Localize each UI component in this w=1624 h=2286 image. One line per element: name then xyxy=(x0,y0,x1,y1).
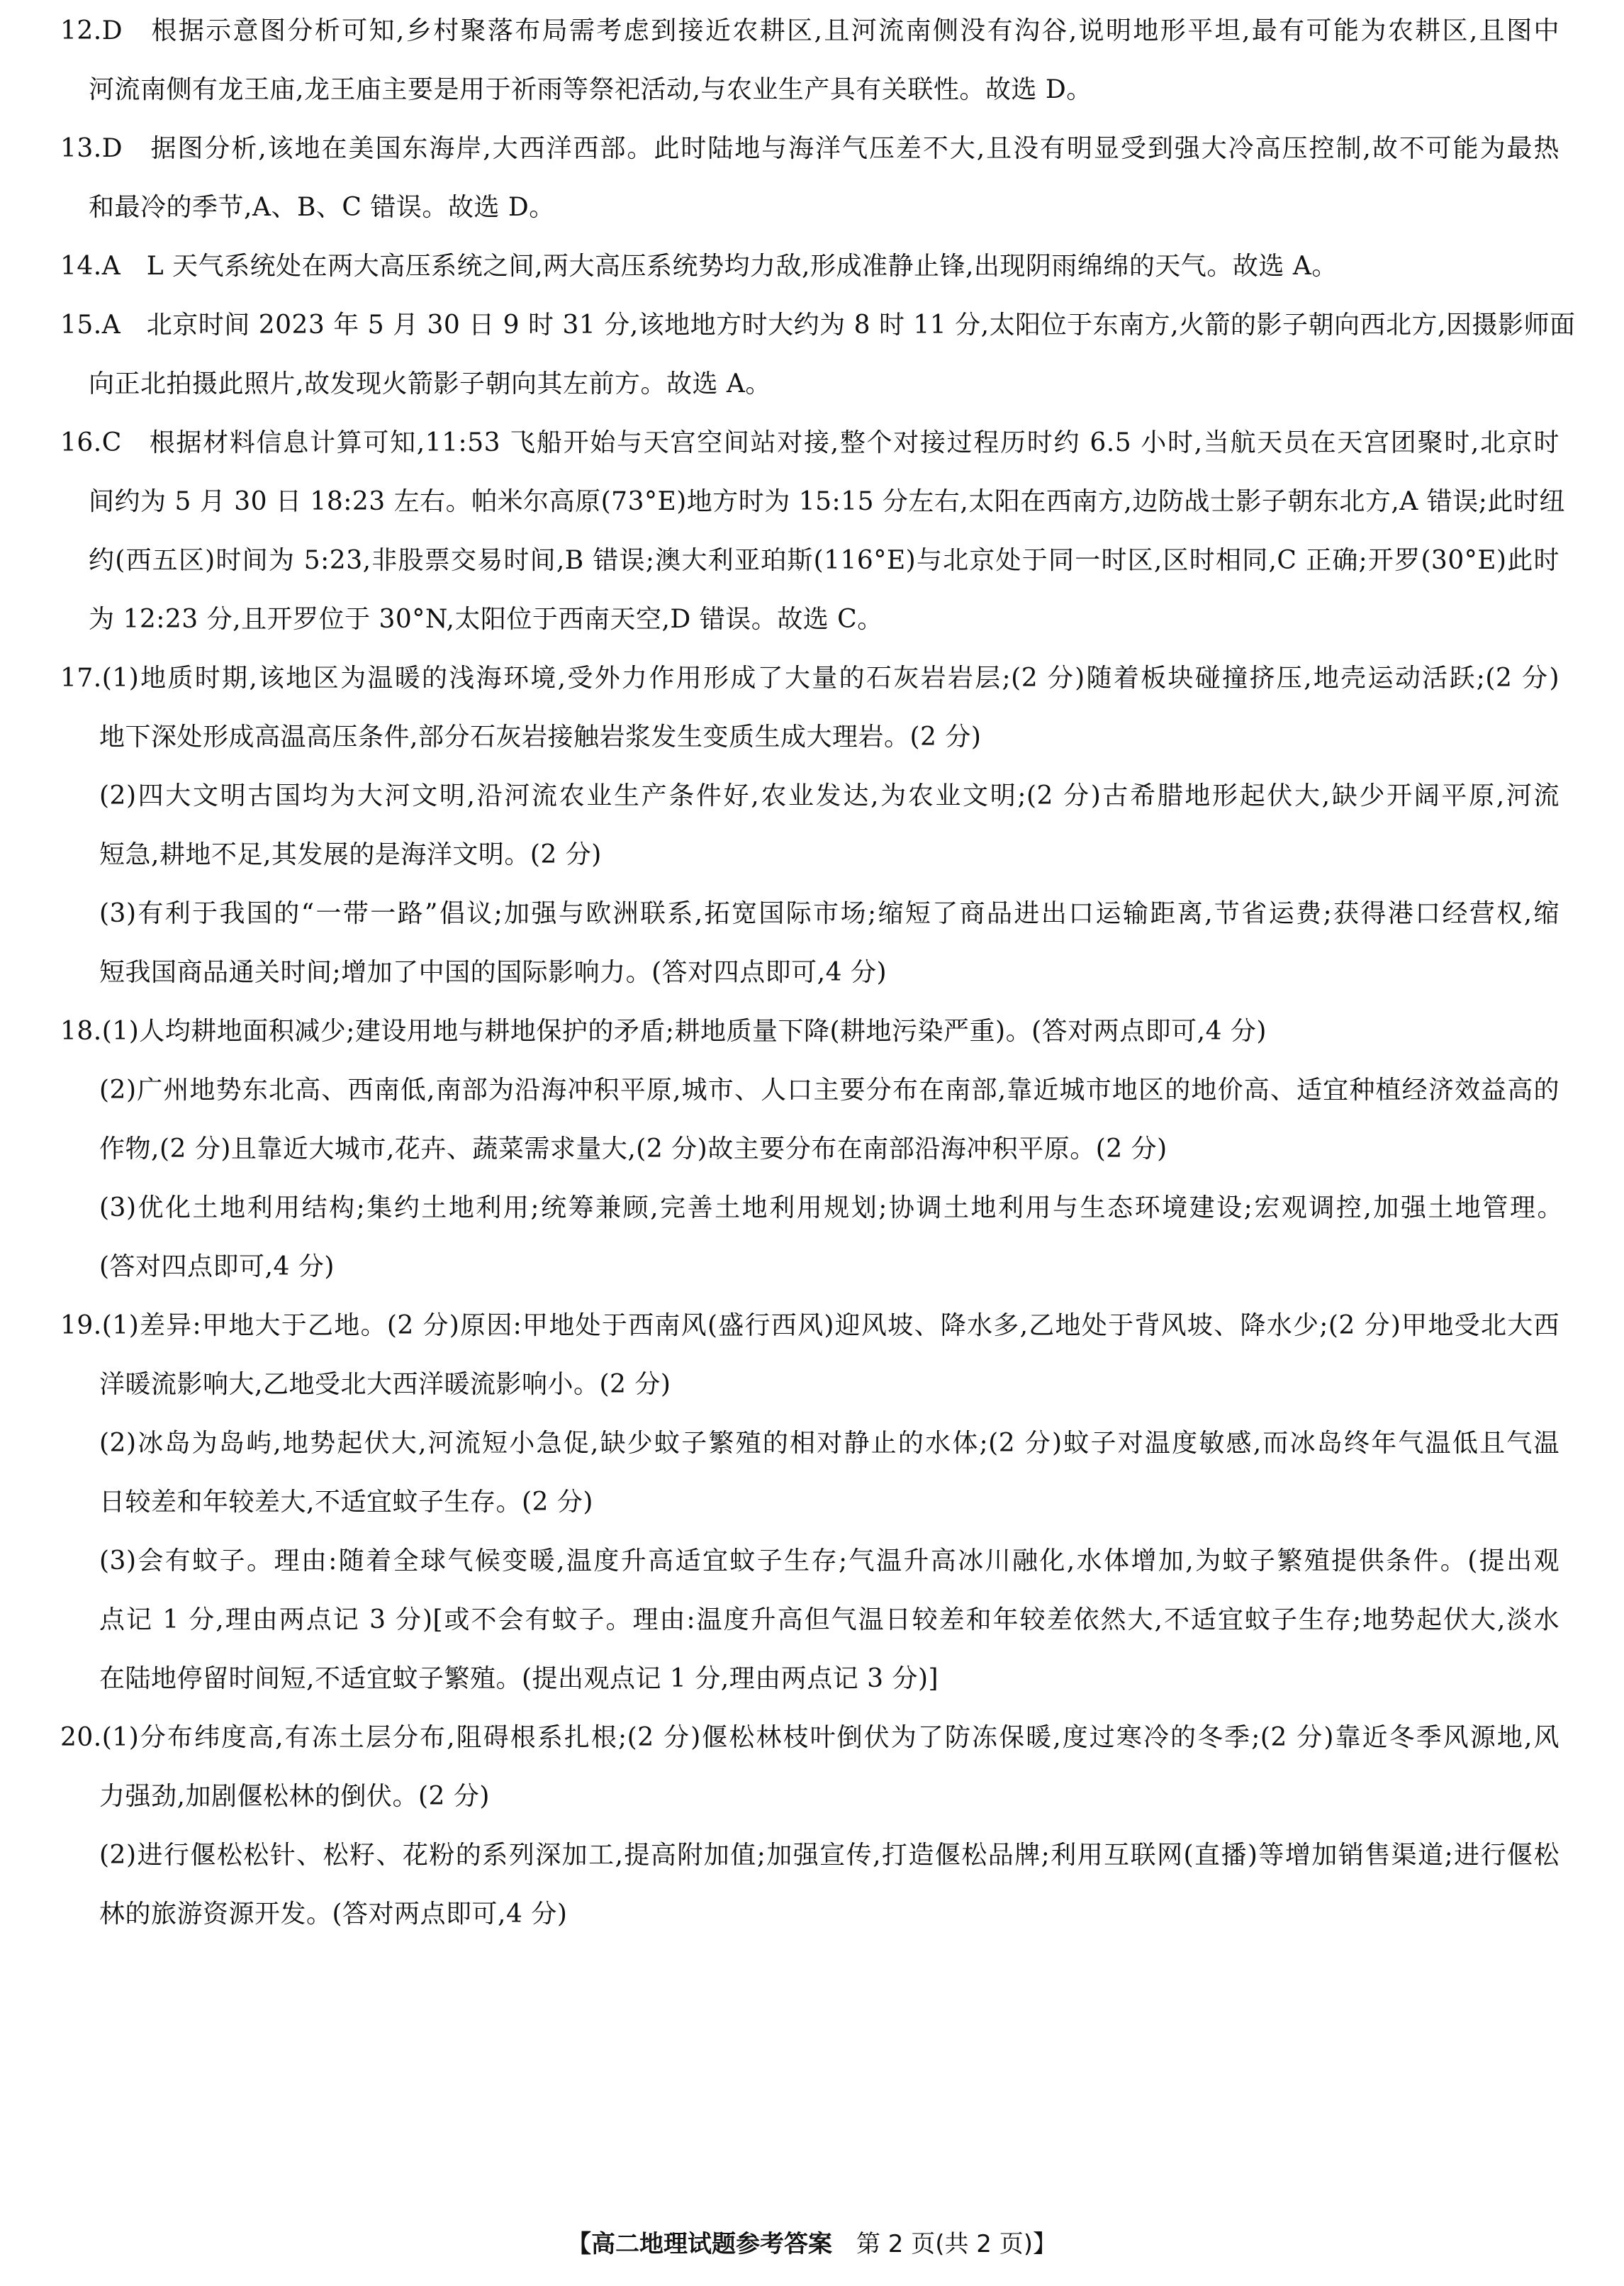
text-line: 在陆地停留时间短,不适宜蚊子繁殖。(提出观点记 1 分,理由两点记 3 分)] xyxy=(99,1658,914,1700)
text-line: (2)四大文明古国均为大河文明,沿河流农业生产条件好,农业发达,为农业文明;(2… xyxy=(99,775,1559,818)
text-line: (2)进行偃松松针、松籽、花粉的系列深加工,提高附加值;加强宣传,打造偃松品牌;… xyxy=(99,1834,1559,1877)
text-line: 力强劲,加剧偃松林的倒伏。(2 分) xyxy=(99,1775,510,1818)
text-line: (3)优化土地利用结构;集约土地利用;统筹兼顾,完善土地利用规划;协调土地利用与… xyxy=(99,1187,1563,1230)
text-line: 洋暖流影响大,乙地受北大西洋暖流影响小。(2 分) xyxy=(99,1364,673,1406)
text-line: 短我国商品通关时间;增加了中国的国际影响力。(答对四点即可,4 分) xyxy=(99,952,918,994)
text-line: 地下深处形成高温高压条件,部分石灰岩接触岩浆发生变质生成大理岩。(2 分) xyxy=(99,716,890,759)
text-line: 15.A 北京时间 2023 年 5 月 30 日 9 时 31 分,该地地方时… xyxy=(60,304,1559,347)
text-line: 12.D 根据示意图分析可知,乡村聚落布局需考虑到接近农耕区,且河流南侧没有沟谷… xyxy=(60,10,1559,52)
text-line: 13.D 据图分析,该地在美国东海岸,大西洋西部。此时陆地与海洋气压差不大,且没… xyxy=(60,128,1559,170)
text-line: 向正北拍摄此照片,故发现火箭影子朝向其左前方。故选 A。 xyxy=(89,363,744,406)
text-line: 作物,(2 分)且靠近大城市,花卉、蔬菜需求量大,(2 分)故主要分布在南部沿海… xyxy=(99,1128,971,1171)
text-line: (答对四点即可,4 分) xyxy=(99,1246,354,1288)
text-line: 和最冷的季节,A、B、C 错误。故选 D。 xyxy=(89,186,517,229)
text-line: 18.(1)人均耕地面积减少;建设用地与耕地保护的矛盾;耕地质量下降(耕地污染严… xyxy=(60,1010,1014,1053)
text-line: 河流南侧有龙王庙,龙王庙主要是用于祈雨等祭祀活动,与农业生产具有关联性。故选 D… xyxy=(89,69,808,111)
text-line: 林的旅游资源开发。(答对两点即可,4 分) xyxy=(99,1893,585,1936)
text-line: 为 12:23 分,且开罗位于 30°N,太阳位于西南天空,D 错误。故选 C。 xyxy=(89,598,840,641)
footer-page-number: 第 2 页(共 2 页)】 xyxy=(856,2230,1057,2258)
footer-title: 【高二地理试题参考答案 xyxy=(567,2230,832,2258)
text-line: 20.(1)分布纬度高,有冻土层分布,阻碍根系扎根;(2 分)偃松林枝叶倒伏为了… xyxy=(60,1717,1559,1759)
page-footer: 【高二地理试题参考答案 第 2 页(共 2 页)】 xyxy=(0,2226,1624,2262)
text-line: (2)冰岛为岛屿,地势起伏大,河流短小急促,缺少蚊子繁殖的相对静止的水体;(2 … xyxy=(99,1422,1559,1465)
text-line: 约(西五区)时间为 5:23,非股票交易时间,B 错误;澳大利亚珀斯(116°E… xyxy=(89,540,1559,582)
text-line: 17.(1)地质时期,该地区为温暖的浅海环境,受外力作用形成了大量的石灰岩岩层;… xyxy=(60,657,1559,700)
text-line: 16.C 根据材料信息计算可知,11:53 飞船开始与天宫空间站对接,整个对接过… xyxy=(60,422,1559,464)
text-line: (3)有利于我国的“一带一路”倡议;加强与欧洲联系,拓宽国际市场;缩短了商品进出… xyxy=(99,893,1559,935)
text-line: (3)会有蚊子。理由:随着全球气候变暖,温度升高适宜蚊子生存;气温升高冰川融化,… xyxy=(99,1540,1559,1583)
text-line: 14.A L 天气系统处在两大高压系统之间,两大高压系统势均力敌,形成准静止锋,… xyxy=(60,245,1053,288)
answer-key-page: 12.D 根据示意图分析可知,乡村聚落布局需考虑到接近农耕区,且河流南侧没有沟谷… xyxy=(0,0,1624,2286)
text-line: 19.(1)差异:甲地大于乙地。(2 分)原因:甲地处于西南风(盛行西风)迎风坡… xyxy=(60,1305,1559,1347)
text-line: 日较差和年较差大,不适宜蚊子生存。(2 分) xyxy=(99,1481,606,1524)
text-line: 短急,耕地不足,其发展的是海洋文明。(2 分) xyxy=(99,834,624,876)
text-line: 点记 1 分,理由两点记 3 分)[或不会有蚊子。理由:温度升高但气温日较差和年… xyxy=(99,1599,1559,1641)
text-line: (2)广州地势东北高、西南低,南部为沿海冲积平原,城市、人口主要分布在南部,靠近… xyxy=(99,1069,1559,1112)
text-line: 间约为 5 月 30 日 18:23 左右。帕米尔高原(73°E)地方时为 15… xyxy=(89,481,1559,523)
